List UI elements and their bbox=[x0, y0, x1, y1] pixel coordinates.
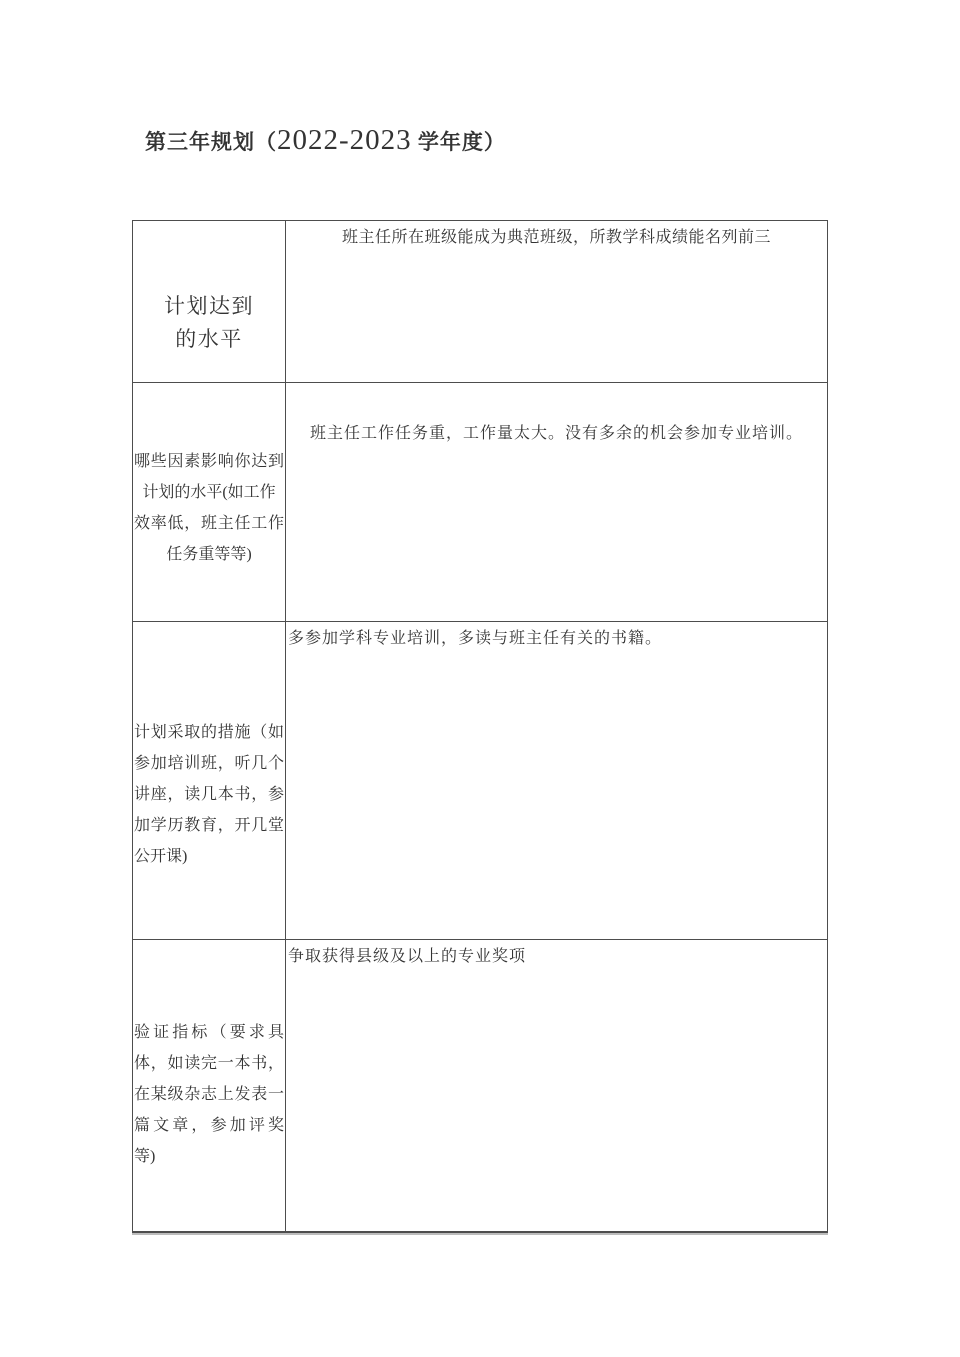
label-line: 体，如读完一本书， bbox=[134, 1048, 284, 1079]
planning-table: 计划达到 的水平 班主任所在班级能成为典范班级，所教学科成绩能名列前三 哪些因素… bbox=[132, 220, 828, 1233]
page-title: 第三年规划（2022-2023 学年度） bbox=[145, 123, 506, 162]
content-text: 班主任工作任务重，工作量太大。没有多余的机会参加专业培训。 bbox=[310, 425, 803, 442]
label-line: 在某级杂志上发表一 bbox=[134, 1079, 284, 1110]
label-line: 等) bbox=[134, 1141, 284, 1172]
label-line: 讲座，读几本书，参 bbox=[134, 779, 284, 810]
label-line: 哪些因素影响你达到 bbox=[134, 446, 284, 477]
row-label-验证指标: 验证指标（要求具 体，如读完一本书， 在某级杂志上发表一 篇文章，参加评奖 等) bbox=[133, 940, 286, 1231]
label-line: 加学历教育，开几堂 bbox=[134, 810, 284, 841]
label-line: 效率低，班主任工作 bbox=[134, 508, 284, 539]
row-label-planned-level: 计划达到 的水平 bbox=[133, 221, 286, 383]
row-content-影响因素: 班主任工作任务重，工作量太大。没有多余的机会参加专业培训。 bbox=[286, 383, 827, 622]
row-label-计划措施: 计划采取的措施（如 参加培训班，听几个 讲座，读几本书，参 加学历教育，开几堂 … bbox=[133, 622, 286, 940]
content-text: 班主任所在班级能成为典范班级，所教学科成绩能名列前三 bbox=[342, 229, 771, 246]
title-year-range: 2022-2023 bbox=[277, 124, 412, 156]
title-suffix: 学年度） bbox=[412, 130, 506, 154]
row-label-影响因素: 哪些因素影响你达到 计划的水平(如工作 效率低，班主任工作 任务重等等) bbox=[133, 383, 286, 622]
label-line: 公开课) bbox=[134, 841, 284, 872]
row-content-计划措施: 多参加学科专业培训，多读与班主任有关的书籍。 bbox=[286, 622, 827, 940]
document-page: { "colors": { "background": "#ffffff", "… bbox=[0, 0, 960, 1357]
label-line: 计划的水平(如工作 bbox=[134, 477, 284, 508]
content-text: 多参加学科专业培训，多读与班主任有关的书籍。 bbox=[288, 630, 662, 647]
label-line: 篇文章，参加评奖 bbox=[134, 1110, 284, 1141]
title-prefix: 第三年规划（ bbox=[145, 130, 277, 154]
label-line: 参加培训班，听几个 bbox=[134, 748, 284, 779]
row-content-验证指标: 争取获得县级及以上的专业奖项 bbox=[286, 940, 827, 1231]
label-line: 任务重等等) bbox=[134, 539, 284, 570]
label-line: 的水平 bbox=[134, 323, 284, 356]
row-content-planned-level: 班主任所在班级能成为典范班级，所教学科成绩能名列前三 bbox=[286, 221, 827, 383]
label-line: 验证指标（要求具 bbox=[134, 1017, 284, 1048]
label-line: 计划达到 bbox=[134, 290, 284, 323]
label-line: 计划采取的措施（如 bbox=[134, 717, 284, 748]
content-text: 争取获得县级及以上的专业奖项 bbox=[288, 948, 526, 965]
